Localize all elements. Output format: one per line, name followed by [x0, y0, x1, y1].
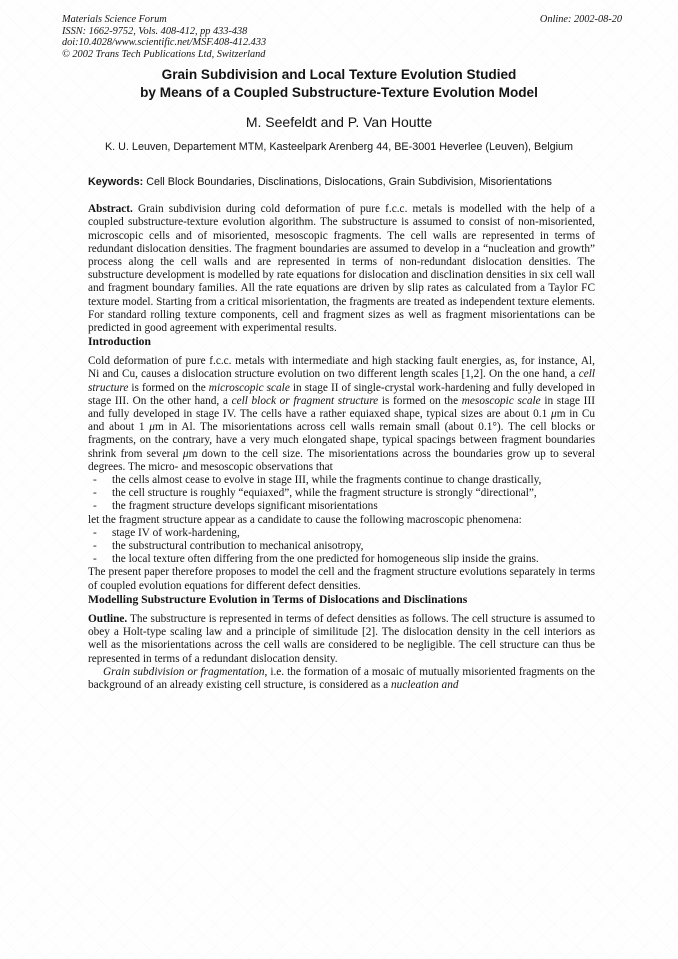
dash-marker: - [88, 527, 101, 540]
keywords-line: Keywords: Cell Block Boundaries, Disclin… [88, 176, 595, 189]
main-content: Keywords: Cell Block Boundaries, Disclin… [88, 176, 595, 692]
keywords-text: Cell Block Boundaries, Disclinations, Di… [146, 176, 552, 188]
list-item-text: stage IV of work-hardening, [101, 527, 595, 540]
doi-line: doi:10.4028/www.scientific.net/MSF.408-4… [62, 37, 622, 49]
paper-title-line1: Grain Subdivision and Local Texture Evol… [40, 66, 638, 84]
list-item-text: the cells almost cease to evolve in stag… [101, 474, 595, 487]
paper-title: Grain Subdivision and Local Texture Evol… [40, 66, 638, 101]
copyright-line: © 2002 Trans Tech Publications Ltd, Swit… [62, 49, 622, 61]
list-item-text: the cell structure is roughly “equiaxed”… [101, 487, 595, 500]
affiliation: K. U. Leuven, Departement MTM, Kasteelpa… [0, 141, 678, 153]
dash-marker: - [88, 487, 101, 500]
list-item-text: the local texture often differing from t… [101, 553, 595, 566]
page-header: Materials Science Forum ISSN: 1662-9752,… [62, 14, 622, 60]
fragmentation-paragraph: Grain subdivision or fragmentation, i.e.… [88, 666, 595, 692]
section-heading-modelling: Modelling Substructure Evolution in Term… [88, 593, 595, 607]
paper-title-line2: by Means of a Coupled Substructure-Textu… [40, 84, 638, 102]
list-item: - the cell structure is roughly “equiaxe… [88, 487, 595, 500]
closing-paragraph: The present paper therefore proposes to … [88, 566, 595, 592]
outline-paragraph: Outline. The substructure is represented… [88, 613, 595, 666]
list-item: - the cells almost cease to evolve in st… [88, 474, 595, 487]
keywords-label: Keywords: [88, 176, 143, 188]
authors: M. Seefeldt and P. Van Houtte [0, 114, 678, 130]
issn-line: ISSN: 1662-9752, Vols. 408-412, pp 433-4… [62, 26, 622, 38]
list-item: - stage IV of work-hardening, [88, 527, 595, 540]
bridge-text: let the fragment structure appear as a c… [88, 514, 595, 527]
dash-marker: - [88, 540, 101, 553]
introduction-paragraph: Cold deformation of pure f.c.c. metals w… [88, 355, 595, 474]
list-item-text: the substructural contribution to mechan… [101, 540, 595, 553]
abstract-paragraph: Abstract. Grain subdivision during cold … [88, 203, 595, 335]
abstract-label: Abstract. [88, 203, 133, 215]
abstract-text: Grain subdivision during cold deformatio… [88, 203, 595, 334]
dash-marker: - [88, 474, 101, 487]
phenomena-list: - stage IV of work-hardening, - the subs… [88, 527, 595, 567]
list-item-text: the fragment structure develops signific… [101, 500, 595, 513]
list-item: - the local texture often differing from… [88, 553, 595, 566]
paper-page: Materials Science Forum ISSN: 1662-9752,… [0, 0, 678, 959]
observations-list: - the cells almost cease to evolve in st… [88, 474, 595, 514]
dash-marker: - [88, 553, 101, 566]
list-item: - the substructural contribution to mech… [88, 540, 595, 553]
section-heading-introduction: Introduction [88, 335, 595, 349]
online-date: Online: 2002-08-20 [540, 14, 622, 26]
dash-marker: - [88, 500, 101, 513]
list-item: - the fragment structure develops signif… [88, 500, 595, 513]
journal-name: Materials Science Forum [62, 14, 622, 26]
